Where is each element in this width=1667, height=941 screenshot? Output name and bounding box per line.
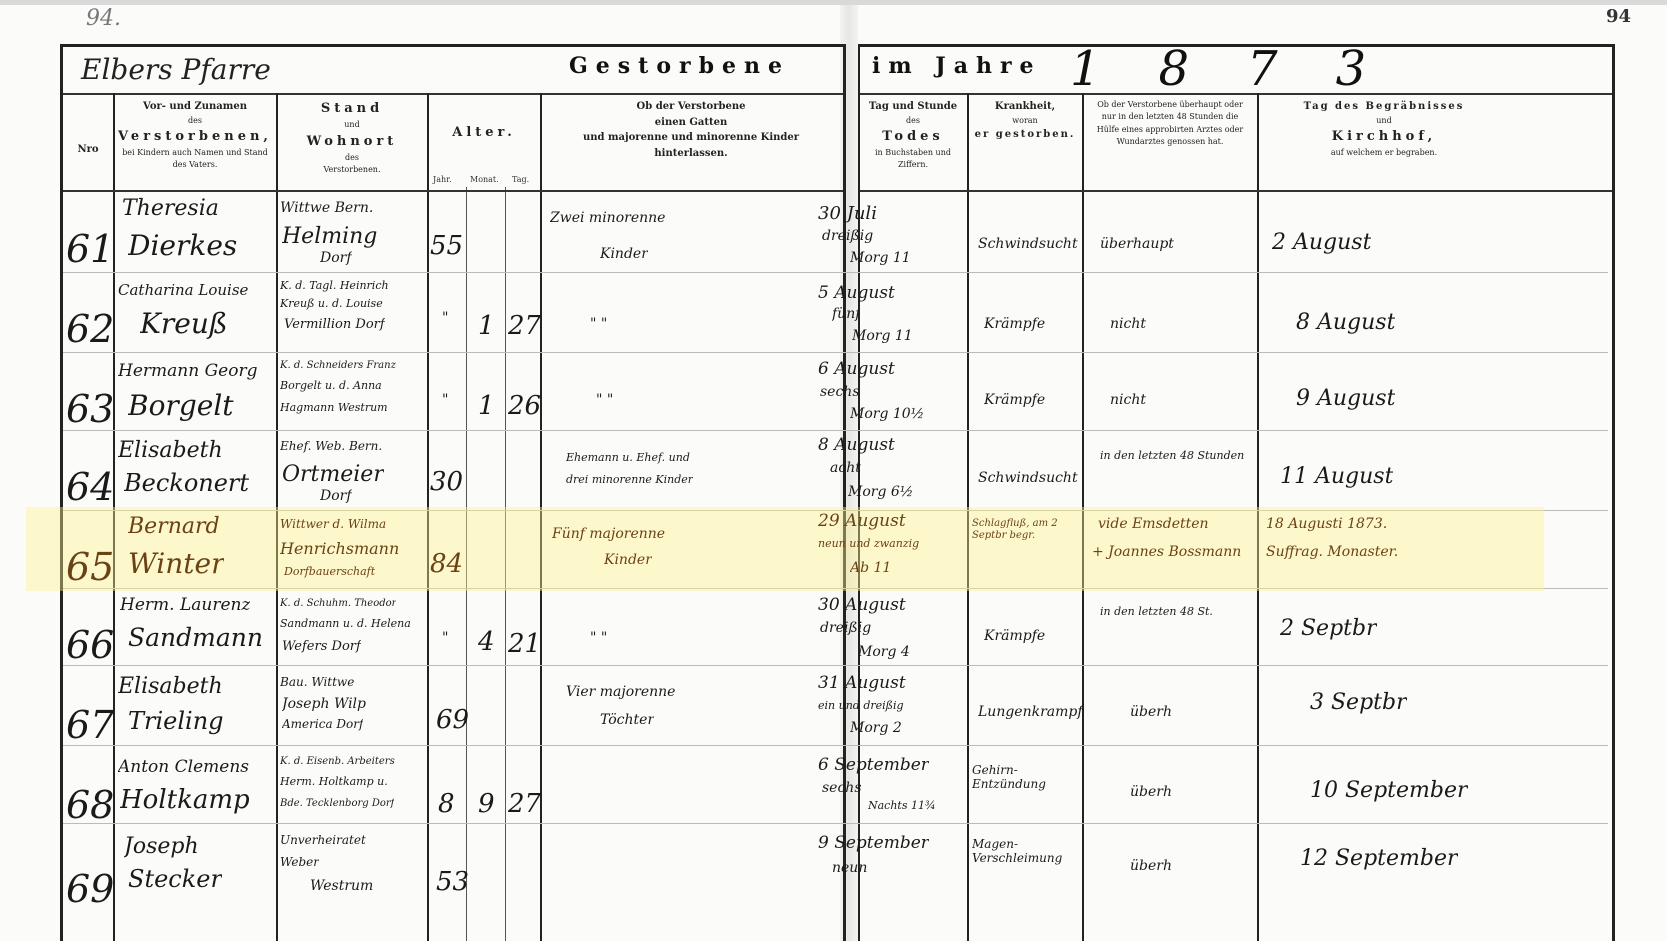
header-arzt: Ob der Verstorbene überhaupt oder nur in…: [1084, 99, 1256, 149]
status-name: Joseph Wilp: [282, 696, 366, 712]
age-days: 26: [508, 392, 541, 422]
entry-number: 62: [66, 308, 114, 352]
burial-date: 2 August: [1272, 230, 1371, 255]
burial-date: 12 September: [1300, 846, 1458, 871]
survivors: Vier majorenne: [566, 684, 675, 700]
medical-help: vide Emsdetten: [1098, 516, 1209, 532]
surname: Winter: [128, 548, 224, 580]
surname: Beckonert: [124, 470, 249, 498]
death-date-words: dreißig: [822, 228, 873, 244]
surname: Kreuß: [140, 308, 228, 340]
col-divider: [427, 93, 429, 941]
survivors: " ": [596, 392, 613, 408]
given-name: Anton Clemens: [118, 758, 249, 778]
entry-number: 64: [66, 466, 114, 510]
medical-help: nicht: [1110, 392, 1146, 408]
cause-of-death: Schwindsucht: [978, 470, 1078, 486]
row-divider: [63, 272, 1608, 273]
medical-help: überh: [1130, 858, 1172, 874]
survivors: " ": [590, 630, 607, 646]
cause-of-death: Lungenkrampf: [978, 704, 1083, 720]
col-divider: [505, 187, 506, 941]
entry-number: 66: [66, 624, 114, 668]
burial-date: 2 Septbr: [1280, 616, 1377, 641]
death-date-words: ein und dreißig: [818, 700, 904, 713]
status-name: Helming: [282, 224, 377, 249]
death-date: 30 August: [818, 596, 906, 616]
survivors: Fünf majorenne: [552, 526, 665, 542]
entry-number: 61: [66, 228, 114, 272]
entry-number: 63: [66, 388, 114, 432]
header-bottom-rule: [63, 190, 843, 192]
death-date: 8 August: [818, 436, 895, 456]
status: K. d. Schuhm. Theodor: [280, 598, 396, 610]
residence: America Dorf: [282, 718, 363, 732]
right-title-band: im Jahre 1873: [860, 47, 1612, 95]
death-date: 6 August: [818, 360, 895, 380]
status: K. d. Tagl. Heinrich: [280, 280, 389, 293]
given-name: Hermann Georg: [118, 362, 257, 382]
death-date-words: dreißig: [820, 620, 871, 636]
age-months: 1: [478, 312, 495, 342]
residence: Bde. Tecklenborg Dorf: [280, 798, 394, 810]
col-divider: [967, 93, 969, 941]
priest-note: + Joannes Bossmann: [1092, 544, 1241, 560]
right-register-table: im Jahre 1873 Tag und Stunde des Todes i…: [858, 44, 1615, 941]
survivors: " ": [590, 316, 607, 332]
burial-date: 18 Augusti 1873.: [1266, 516, 1387, 532]
parish-name: Elbers Pfarre: [81, 53, 271, 86]
status-name: Kreuß u. d. Louise: [280, 298, 383, 311]
death-date: 30 Juli: [818, 204, 877, 225]
burial-date: 3 Septbr: [1310, 690, 1407, 715]
death-time: Morg 6½: [848, 484, 913, 500]
death-date-words: sechs: [820, 384, 860, 400]
death-date-words: fünf: [832, 306, 860, 322]
row-divider: [63, 588, 1608, 589]
survivors-2: Kinder: [600, 246, 648, 262]
status: Bau. Wittwe: [280, 676, 354, 690]
row-divider: [63, 430, 1608, 431]
surname: Stecker: [128, 866, 222, 894]
age-months: 4: [478, 628, 495, 658]
row-divider: [63, 510, 1608, 511]
status-name: Henrichsmann: [280, 540, 399, 558]
status-name: Sandmann u. d. Helena: [280, 618, 411, 631]
death-date: 29 August: [818, 512, 906, 532]
age-years: 8: [438, 790, 455, 820]
cause-of-death: Krämpfe: [984, 316, 1045, 332]
cause-of-death: Krämpfe: [984, 628, 1045, 644]
right-page-number: 94: [1606, 6, 1631, 27]
row-divider: [63, 823, 1608, 824]
left-page-number: 94.: [86, 6, 121, 31]
burial-date: 8 August: [1296, 310, 1395, 335]
status-name: Herm. Holtkamp u.: [280, 776, 388, 789]
status: Wittwe Bern.: [280, 200, 373, 216]
register-title-year-label: im Jahre: [872, 53, 1042, 79]
residence: Westrum: [310, 878, 373, 894]
header-alter: Alter.: [429, 123, 539, 143]
register-year: 1873: [1070, 41, 1424, 97]
status: K. d. Eisenb. Arbeiters: [280, 756, 395, 768]
age-days: 27: [508, 790, 541, 820]
age-years: ": [442, 630, 448, 646]
survivors-2: Töchter: [600, 712, 654, 728]
cause-of-death: Schlagfluß, am 2 Septbr begr.: [972, 518, 1082, 541]
death-date-words: acht: [830, 460, 861, 476]
header-todes: Tag und Stunde des Todes in Buchstaben u…: [860, 99, 966, 172]
medical-help: überh: [1130, 784, 1172, 800]
survivors: Ehemann u. Ehef. und: [566, 452, 690, 465]
age-years: 55: [430, 232, 463, 262]
residence: Dorfbauerschaft: [284, 566, 375, 579]
status-name: Ortmeier: [282, 462, 384, 487]
death-time: Morg 10½: [850, 406, 924, 422]
burial-date: 10 September: [1310, 778, 1468, 803]
surname: Borgelt: [128, 390, 234, 422]
col-divider: [1257, 93, 1259, 941]
surname: Dierkes: [128, 230, 237, 262]
entry-number: 68: [66, 784, 114, 828]
header-age-days: Tag.: [512, 175, 529, 184]
given-name: Catharina Louise: [118, 282, 248, 299]
col-divider: [1082, 93, 1084, 941]
entry-number: 65: [66, 546, 114, 590]
cause-of-death: Magen-Verschleimung: [972, 838, 1082, 866]
row-divider: [63, 665, 1608, 666]
survivors-2: Kinder: [604, 552, 652, 568]
surname: Trieling: [128, 708, 224, 736]
age-years: ": [442, 310, 448, 326]
register-title: Gestorbene: [569, 53, 790, 79]
header-name: Vor- und Zunamen des Verstorbenen, bei K…: [115, 99, 275, 172]
cause-of-death: Gehirn-Entzündung: [972, 764, 1082, 792]
header-age-years: Jahr.: [433, 175, 452, 184]
residence: Wefers Dorf: [282, 640, 361, 655]
survivors-2: drei minorenne Kinder: [566, 474, 693, 487]
age-years: 84: [430, 550, 463, 580]
death-date: 9 September: [818, 834, 929, 854]
given-name: Elisabeth: [118, 438, 223, 463]
burial-date: 9 August: [1296, 386, 1395, 411]
given-name: Elisabeth: [118, 674, 223, 699]
given-name: Herm. Laurenz: [120, 596, 250, 616]
age-years: 69: [436, 706, 469, 736]
death-time: Morg 4: [858, 644, 910, 660]
age-months: 1: [478, 392, 495, 422]
burial-note: Suffrag. Monaster.: [1266, 544, 1398, 560]
death-time: Morg 11: [850, 250, 911, 266]
medical-help: nicht: [1110, 316, 1146, 332]
death-time: Morg 11: [852, 328, 913, 344]
row-divider: [63, 352, 1608, 353]
given-name: Joseph: [124, 834, 199, 859]
survivors: Zwei minorenne: [550, 210, 665, 226]
death-date: 31 August: [818, 674, 906, 694]
death-time: Nachts 11¾: [868, 800, 936, 813]
medical-help: überh: [1130, 704, 1172, 720]
cause-of-death: Krämpfe: [984, 392, 1045, 408]
status-name: Borgelt u. d. Anna: [280, 380, 382, 393]
residence: Dorf: [320, 250, 352, 266]
header-nr: Nro: [63, 135, 113, 160]
residence: Dorf: [320, 488, 352, 504]
death-date-words: sechs: [822, 780, 862, 796]
age-years: ": [442, 392, 448, 408]
medical-help: überhaupt: [1100, 236, 1174, 252]
header-stand: Stand und Wohnort des Verstorbenen.: [278, 99, 426, 176]
header-gatten: Ob der Verstorbene einen Gatten und majo…: [542, 99, 840, 161]
medical-help: in den letzten 48 St.: [1100, 606, 1250, 619]
col-divider: [466, 187, 467, 941]
death-date: 6 September: [818, 756, 929, 776]
status: Unverheiratet: [280, 834, 366, 848]
death-time: Morg 2: [850, 720, 902, 736]
given-name: Bernard: [128, 514, 220, 539]
residence: Vermillion Dorf: [284, 318, 385, 333]
residence: Hagmann Westrum: [280, 402, 388, 415]
death-date: 5 August: [818, 284, 895, 304]
header-krankheit: Krankheit, woran er gestorben.: [969, 99, 1081, 142]
age-months: 9: [478, 790, 495, 820]
status: Ehef. Web. Bern.: [280, 440, 382, 454]
age-days: 21: [508, 630, 541, 660]
col-divider: [276, 93, 278, 941]
entry-number: 69: [66, 868, 114, 912]
medical-help: in den letzten 48 Stunden: [1100, 450, 1250, 463]
header-bottom-rule: [860, 190, 1612, 192]
status: Wittwer d. Wilma: [280, 518, 386, 532]
surname: Sandmann: [128, 624, 263, 653]
death-time: Ab 11: [850, 560, 891, 576]
left-title-band: Elbers Pfarre Gestorbene: [63, 47, 843, 95]
age-years: 53: [436, 868, 469, 898]
given-name: Theresia: [122, 196, 219, 221]
status-name: Weber: [280, 856, 319, 870]
burial-date: 11 August: [1280, 464, 1393, 489]
surname: Holtkamp: [120, 786, 250, 816]
cause-of-death: Schwindsucht: [978, 236, 1078, 252]
age-days: 27: [508, 312, 541, 342]
entry-number: 67: [66, 704, 114, 748]
death-date-words: neun und zwanzig: [818, 538, 919, 551]
death-date-words: neun: [832, 860, 867, 876]
header-age-months: Monat.: [470, 175, 499, 184]
row-divider: [63, 745, 1608, 746]
age-years: 30: [430, 468, 463, 498]
status: K. d. Schneiders Franz: [280, 360, 396, 372]
header-begraebnis: Tag des Begräbnisses und Kirchhof, auf w…: [1259, 99, 1509, 159]
